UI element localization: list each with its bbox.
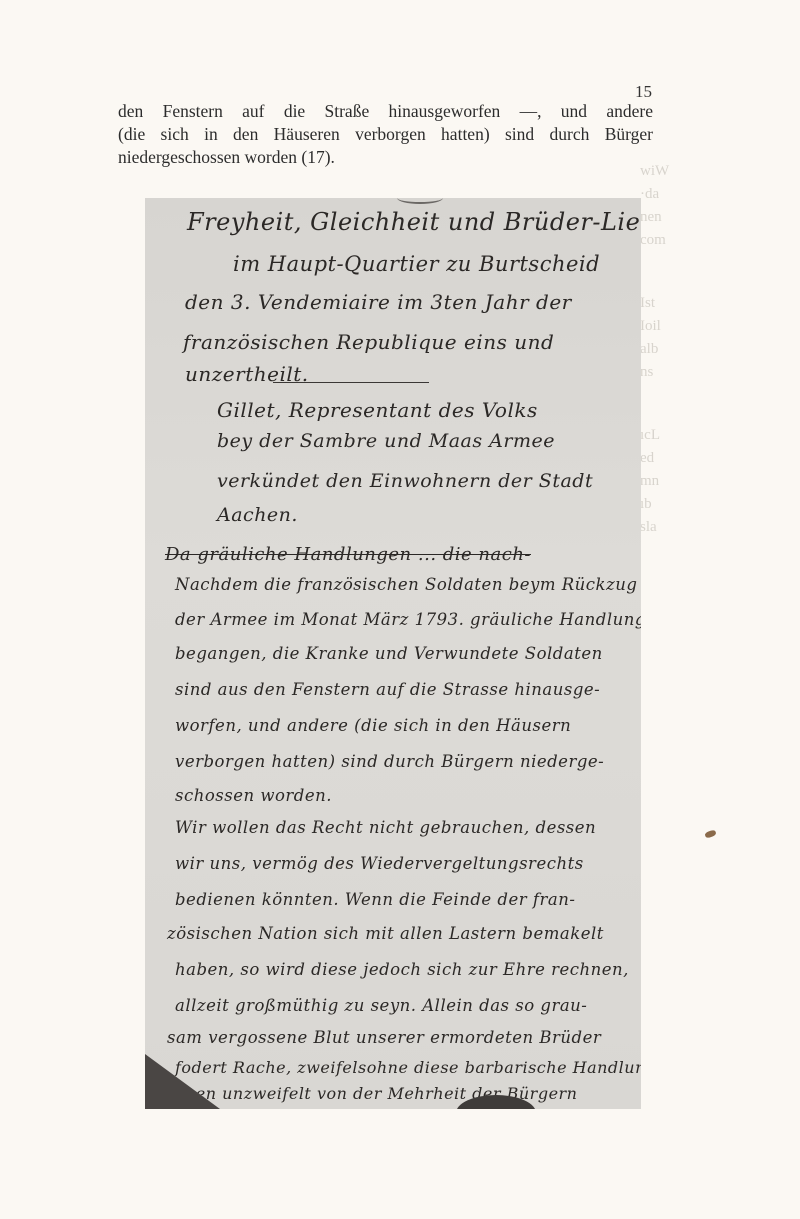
page-corner-shadow xyxy=(145,1054,220,1109)
manuscript-line: zösischen Nation sich mit allen Lastern … xyxy=(167,924,604,943)
ghost-line: sla xyxy=(640,516,700,539)
manuscript-line: verkündet den Einwohnern der Stadt xyxy=(217,470,593,492)
manuscript-line: sam vergossene Blut unserer ermordeten B… xyxy=(167,1028,601,1047)
manuscript-line: verborgen hatten) sind durch Bürgern nie… xyxy=(175,752,604,771)
manuscript-line: bedienen könnten. Wenn die Feinde der fr… xyxy=(175,890,575,909)
manuscript-line: sind aus den Fenstern auf die Strasse hi… xyxy=(175,680,600,699)
manuscript-line: Aachen. xyxy=(217,504,298,526)
manuscript-line: Freyheit, Gleichheit und Brüder-Liebe. xyxy=(187,208,641,236)
ghost-line: ıcL xyxy=(640,424,700,447)
manuscript-line: fodert Rache, zweifelsohne diese barbari… xyxy=(175,1058,641,1077)
manuscript-line: den 3. Vendemiaire im 3ten Jahr der xyxy=(185,290,572,314)
ghost-line: Ist xyxy=(640,292,700,315)
text-line: (die sich in den Häuseren verborgen hatt… xyxy=(118,123,653,146)
paper-speck xyxy=(704,829,716,838)
ghost-line: alb xyxy=(640,338,700,361)
photo-edge-mark xyxy=(397,198,443,204)
ghost-line: Ioil xyxy=(640,315,700,338)
manuscript-line: Wir wollen das Recht nicht gebrauchen, d… xyxy=(175,818,596,837)
body-text-paragraph: den Fenstern auf die Straße hinausgeworf… xyxy=(118,100,653,169)
ghost-line: ·da xyxy=(640,183,700,206)
manuscript-line-struck: Da gräuliche Handlungen ... die nach- xyxy=(165,544,531,565)
ghost-line: ns xyxy=(640,361,700,384)
manuscript-line: wir uns, vermög des Wiedervergeltungsrec… xyxy=(175,854,584,873)
manuscript-line: Gillet, Representant des Volks xyxy=(217,398,538,422)
ghost-line: mn xyxy=(640,470,700,493)
manuscript-line: begangen, die Kranke und Verwundete Sold… xyxy=(175,644,603,663)
page-number: 15 xyxy=(635,82,652,102)
manuscript-line: schossen worden. xyxy=(175,786,332,805)
manuscript-line: worfen, und andere (die sich in den Häus… xyxy=(175,716,571,735)
ghost-line: com xyxy=(640,229,700,252)
ghost-line: nen xyxy=(640,206,700,229)
manuscript-line: französischen Republique eins und xyxy=(183,330,554,354)
manuscript-line: allzeit großmüthig zu seyn. Allein das s… xyxy=(175,996,587,1015)
ghost-line: wiW xyxy=(640,160,700,183)
divider-rule xyxy=(273,382,429,383)
manuscript-facsimile: Freyheit, Gleichheit und Brüder-Liebe. i… xyxy=(145,198,641,1109)
manuscript-line: haben, so wird diese jedoch sich zur Ehr… xyxy=(175,960,629,979)
text-line: den Fenstern auf die Straße hinausgeworf… xyxy=(118,100,653,123)
manuscript-line: im Haupt-Quartier zu Burtscheid xyxy=(233,252,600,276)
manuscript-line: bey der Sambre und Maas Armee xyxy=(217,430,555,452)
ghost-line: ed xyxy=(640,447,700,470)
show-through-text: wiW ·da nen com Ist Ioil alb ns ıcL ed m… xyxy=(640,160,700,539)
manuscript-line: der Armee im Monat März 1793. gräuliche … xyxy=(175,610,641,629)
text-line: niedergeschossen worden (17). xyxy=(118,146,653,169)
ghost-line: ıb xyxy=(640,493,700,516)
manuscript-line: Nachdem die französischen Soldaten beym … xyxy=(175,575,637,594)
